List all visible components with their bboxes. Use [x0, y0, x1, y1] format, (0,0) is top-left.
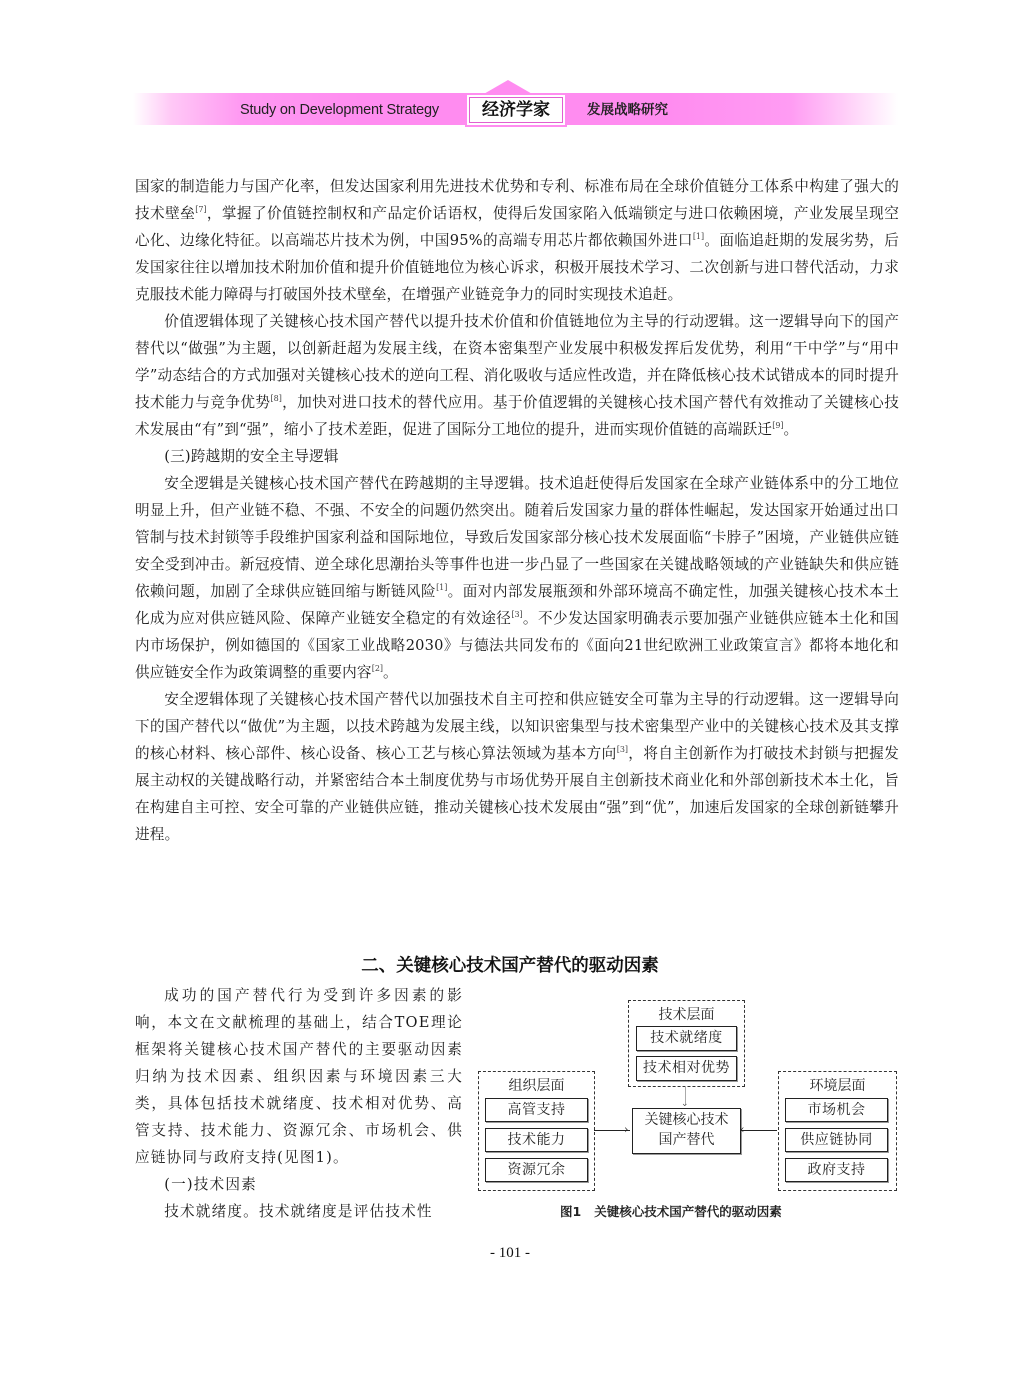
citation-reference[interactable]: [3] — [617, 745, 628, 754]
citation-reference[interactable]: [1] — [693, 232, 704, 241]
arrow-head-down-icon: ⌄ — [681, 1100, 689, 1108]
figure-caption: 图1 关键核心技术国产替代的驱动因素 — [560, 1202, 782, 1220]
technology-readiness-paragraph: 技术就绪度。技术就绪度是评估技术性 — [135, 1198, 463, 1225]
paragraph-text: (三)跨越期的安全主导逻辑 — [164, 448, 339, 465]
group-title-environment: 环境层面 — [779, 1075, 896, 1095]
factor-technology-readiness: 技术就绪度 — [636, 1026, 737, 1051]
factor-resource-slack: 资源冗余 — [485, 1158, 588, 1182]
journal-english-subtitle: Study on Development Strategy — [240, 99, 439, 121]
citation-reference[interactable]: [1] — [436, 583, 447, 592]
arrow-head-left-icon: ‹ — [740, 1123, 744, 1136]
body-paragraph: 安全逻辑体现了关键核心技术国产替代以加强技术自主可控和供应链安全可靠为主导的行动… — [135, 686, 899, 848]
citation-reference[interactable]: [8] — [270, 394, 281, 403]
subheading-technology-factors: (一)技术因素 — [135, 1171, 463, 1198]
citation-reference[interactable]: [2] — [372, 664, 383, 673]
column-name: 发展战略研究 — [587, 99, 668, 121]
citation-reference[interactable]: [7] — [195, 205, 206, 214]
core-line-2: 国产替代 — [633, 1130, 740, 1150]
body-paragraph: 国家的制造能力与国产化率，但发达国家利用先进技术优势和专利、标准布局在全球价值链… — [135, 173, 899, 308]
core-domestic-substitution: 关键核心技术 国产替代 — [632, 1108, 741, 1154]
body-paragraph: 安全逻辑是关键核心技术国产替代在跨越期的主导逻辑。技术追赶使得后发国家在全球产业… — [135, 470, 899, 686]
body-text: 国家的制造能力与国产化率，但发达国家利用先进技术优势和专利、标准布局在全球价值链… — [135, 173, 899, 848]
figure-caption-text: 关键核心技术国产替代的驱动因素 — [594, 1204, 782, 1219]
citation-reference[interactable]: [3] — [511, 610, 522, 619]
journal-name: 经济学家 — [465, 93, 567, 127]
arrow-environment-to-core — [741, 1130, 777, 1131]
group-environment: 环境层面 市场机会 供应链协同 政府支持 — [778, 1071, 897, 1191]
paragraph-text: 。 — [383, 664, 398, 681]
group-title-technology: 技术层面 — [629, 1004, 744, 1024]
subheading-security-logic: (三)跨越期的安全主导逻辑 — [135, 443, 899, 470]
factor-management-support: 高管支持 — [485, 1098, 588, 1122]
citation-reference[interactable]: [9] — [772, 421, 783, 430]
paragraph-text: 。 — [784, 421, 799, 438]
factor-market-opportunity: 市场机会 — [785, 1098, 888, 1122]
factor-supply-chain-collaboration: 供应链协同 — [785, 1128, 888, 1152]
factor-technical-capability: 技术能力 — [485, 1128, 588, 1152]
section-left-column: 成功的国产替代行为受到许多因素的影响，本文在文献梳理的基础上，结合TOE理论框架… — [135, 982, 463, 1225]
paragraph-text: 安全逻辑是关键核心技术国产替代在跨越期的主导逻辑。技术追赶使得后发国家在全球产业… — [135, 475, 899, 600]
body-paragraph: 价值逻辑体现了关键核心技术国产替代以提升技术价值和价值链地位为主导的行动逻辑。这… — [135, 308, 899, 443]
group-organization: 组织层面 高管支持 技术能力 资源冗余 — [478, 1071, 595, 1191]
page-number: - 101 - — [0, 1245, 1020, 1262]
figure-caption-label: 图1 — [560, 1204, 581, 1219]
factor-government-support: 政府支持 — [785, 1158, 888, 1182]
factor-relative-advantage: 技术相对优势 — [636, 1056, 737, 1081]
section-intro-paragraph: 成功的国产替代行为受到许多因素的影响，本文在文献梳理的基础上，结合TOE理论框架… — [135, 982, 463, 1171]
section-title: 二、关键核心技术国产替代的驱动因素 — [0, 952, 1020, 977]
group-technology: 技术层面 技术就绪度 技术相对优势 — [628, 1000, 745, 1087]
group-title-organization: 组织层面 — [479, 1075, 594, 1095]
core-line-1: 关键核心技术 — [633, 1110, 740, 1130]
arrow-head-right-icon: › — [624, 1123, 628, 1136]
